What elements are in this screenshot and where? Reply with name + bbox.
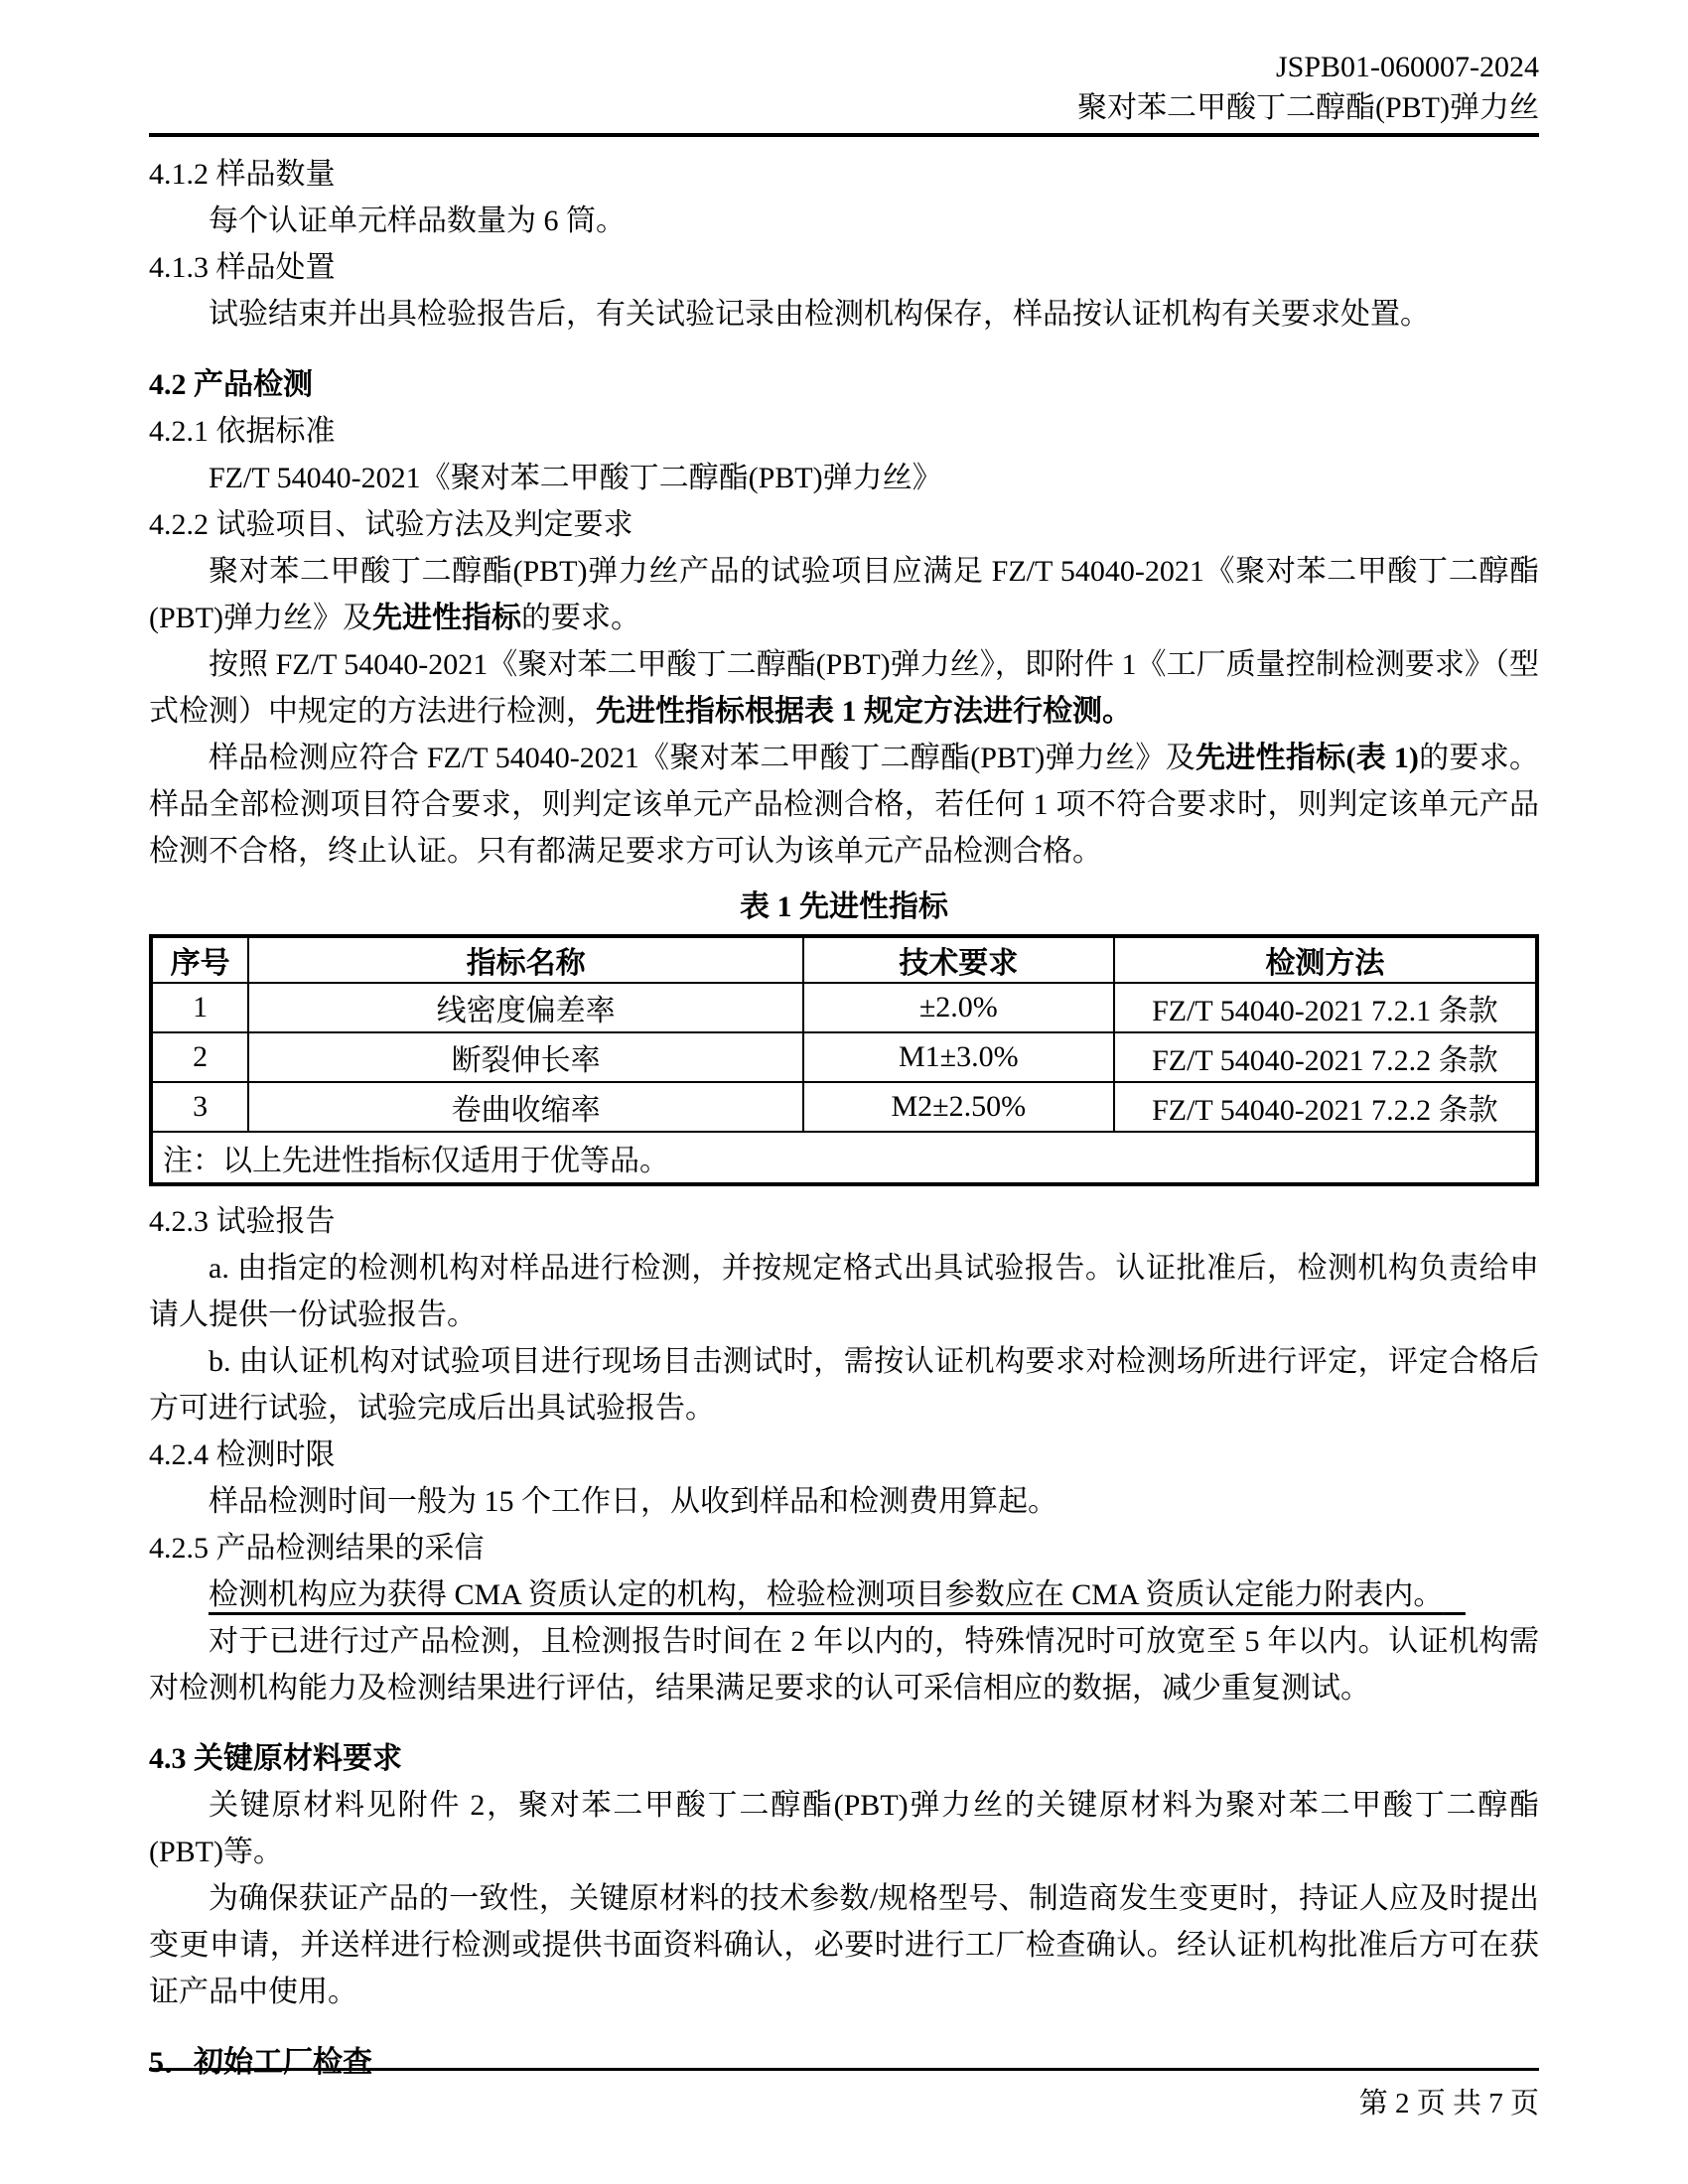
paragraph-test-report-b: b. 由认证机构对试验项目进行现场目击测试时，需按认证机构要求对检测场所进行评定… bbox=[149, 1338, 1539, 1432]
paragraph-test-period: 样品检测时间一般为 15 个工作日，从收到样品和检测费用算起。 bbox=[149, 1478, 1539, 1525]
page-number: 第 2 页 共 7 页 bbox=[1359, 2088, 1539, 2119]
table-cell: M1±3.0% bbox=[803, 1032, 1114, 1082]
table-header-row: 序号 指标名称 技术要求 检测方法 bbox=[151, 936, 1537, 983]
text-run-bold: 先进性指标根据表 1 规定方法进行检测。 bbox=[596, 695, 1132, 728]
paragraph-sample-disposal: 试验结束并出具检验报告后，有关试验记录由检测机构保存，样品按认证机构有关要求处置… bbox=[149, 291, 1539, 338]
paragraph-standard-reference: FZ/T 54040-2021《聚对苯二甲酸丁二醇酯(PBT)弹力丝》 bbox=[149, 455, 1539, 501]
section-heading-4-1-2: 4.1.2 样品数量 bbox=[149, 151, 1539, 198]
table-row: 2 断裂伸长率 M1±3.0% FZ/T 54040-2021 7.2.2 条款 bbox=[151, 1032, 1537, 1082]
paragraph-cma-requirement: 检测机构应为获得 CMA 资质认定的机构，检验检测项目参数应在 CMA 资质认定… bbox=[149, 1571, 1539, 1618]
table-row: 3 卷曲收缩率 M2±2.50% FZ/T 54040-2021 7.2.2 条… bbox=[151, 1082, 1537, 1132]
paragraph-raw-materials-1: 关键原材料见附件 2，聚对苯二甲酸丁二醇酯(PBT)弹力丝的关键原材料为聚对苯二… bbox=[149, 1782, 1539, 1875]
table-cell: 2 bbox=[151, 1032, 248, 1082]
table-cell: FZ/T 54040-2021 7.2.1 条款 bbox=[1114, 983, 1537, 1032]
table-cell: FZ/T 54040-2021 7.2.2 条款 bbox=[1114, 1032, 1537, 1082]
paragraph-test-report-a: a. 由指定的检测机构对样品进行检测，并按规定格式出具试验报告。认证批准后，检测… bbox=[149, 1245, 1539, 1338]
table-cell: 线密度偏差率 bbox=[248, 983, 803, 1032]
table-header-seq: 序号 bbox=[151, 936, 248, 983]
table-note: 注：以上先进性指标仅适用于优等品。 bbox=[151, 1132, 1537, 1184]
table-title: 表 1 先进性指标 bbox=[149, 885, 1539, 930]
paragraph-test-items-1: 聚对苯二甲酸丁二醇酯(PBT)弹力丝产品的试验项目应满足 FZ/T 54040-… bbox=[149, 548, 1539, 641]
table-cell: 卷曲收缩率 bbox=[248, 1082, 803, 1132]
doc-number: JSPB01-060007-2024 bbox=[149, 48, 1539, 87]
table-header-requirement: 技术要求 bbox=[803, 936, 1114, 983]
table-cell: 断裂伸长率 bbox=[248, 1032, 803, 1082]
section-heading-4-2-5: 4.2.5 产品检测结果的采信 bbox=[149, 1525, 1539, 1571]
table-cell: 1 bbox=[151, 983, 248, 1032]
table-note-row: 注：以上先进性指标仅适用于优等品。 bbox=[151, 1132, 1537, 1184]
paragraph-test-items-2: 按照 FZ/T 54040-2021《聚对苯二甲酸丁二醇酯(PBT)弹力丝》，即… bbox=[149, 641, 1539, 735]
paragraph-raw-materials-2: 为确保获证产品的一致性，关键原材料的技术参数/规格型号、制造商发生变更时，持证人… bbox=[149, 1875, 1539, 2015]
table-header-indicator: 指标名称 bbox=[248, 936, 803, 983]
section-heading-4-2-1: 4.2.1 依据标准 bbox=[149, 408, 1539, 455]
section-heading-4-2-2: 4.2.2 试验项目、试验方法及判定要求 bbox=[149, 501, 1539, 548]
page-header: JSPB01-060007-2024 聚对苯二甲酸丁二醇酯(PBT)弹力丝 bbox=[149, 0, 1539, 137]
section-heading-4-3: 4.3 关键原材料要求 bbox=[149, 1735, 1539, 1782]
table-cell: ±2.0% bbox=[803, 983, 1114, 1032]
document-body: 4.1.2 样品数量 每个认证单元样品数量为 6 筒。 4.1.3 样品处置 试… bbox=[149, 137, 1539, 2086]
table-cell: FZ/T 54040-2021 7.2.2 条款 bbox=[1114, 1082, 1537, 1132]
advancement-indicators-table: 序号 指标名称 技术要求 检测方法 1 线密度偏差率 ±2.0% FZ/T 54… bbox=[149, 934, 1539, 1186]
table-cell: 3 bbox=[151, 1082, 248, 1132]
paragraph-test-items-3: 样品检测应符合 FZ/T 54040-2021《聚对苯二甲酸丁二醇酯(PBT)弹… bbox=[149, 735, 1539, 875]
doc-title: 聚对苯二甲酸丁二醇酯(PBT)弹力丝 bbox=[149, 87, 1539, 129]
table-cell: M2±2.50% bbox=[803, 1082, 1114, 1132]
paragraph-result-acceptance: 对于已进行过产品检测，且检测报告时间在 2 年以内的，特殊情况时可放宽至 5 年… bbox=[149, 1618, 1539, 1711]
section-heading-4-2-4: 4.2.4 检测时限 bbox=[149, 1432, 1539, 1478]
text-run: 样品检测应符合 FZ/T 54040-2021《聚对苯二甲酸丁二醇酯(PBT)弹… bbox=[209, 742, 1196, 774]
section-heading-4-2: 4.2 产品检测 bbox=[149, 361, 1539, 408]
section-heading-4-1-3: 4.1.3 样品处置 bbox=[149, 244, 1539, 291]
text-run: 的要求。 bbox=[521, 602, 640, 634]
paragraph-sample-quantity: 每个认证单元样品数量为 6 筒。 bbox=[149, 198, 1539, 244]
text-run-bold: 先进性指标(表 1) bbox=[1196, 742, 1419, 774]
table-header-method: 检测方法 bbox=[1114, 936, 1537, 983]
table-row: 1 线密度偏差率 ±2.0% FZ/T 54040-2021 7.2.1 条款 bbox=[151, 983, 1537, 1032]
text-run-bold: 先进性指标 bbox=[372, 602, 521, 634]
underlined-text-run: 检测机构应为获得 CMA 资质认定的机构，检验检测项目参数应在 CMA 资质认定… bbox=[209, 1578, 1466, 1611]
section-heading-4-2-3: 4.2.3 试验报告 bbox=[149, 1198, 1539, 1245]
document-page: JSPB01-060007-2024 聚对苯二甲酸丁二醇酯(PBT)弹力丝 4.… bbox=[0, 0, 1688, 2184]
page-footer: 第 2 页 共 7 页 bbox=[149, 2068, 1539, 2121]
text-run: 聚对苯二甲酸丁二醇酯(PBT)弹力丝产品的试验项目应满足 FZ/T 54040-… bbox=[149, 555, 1539, 634]
